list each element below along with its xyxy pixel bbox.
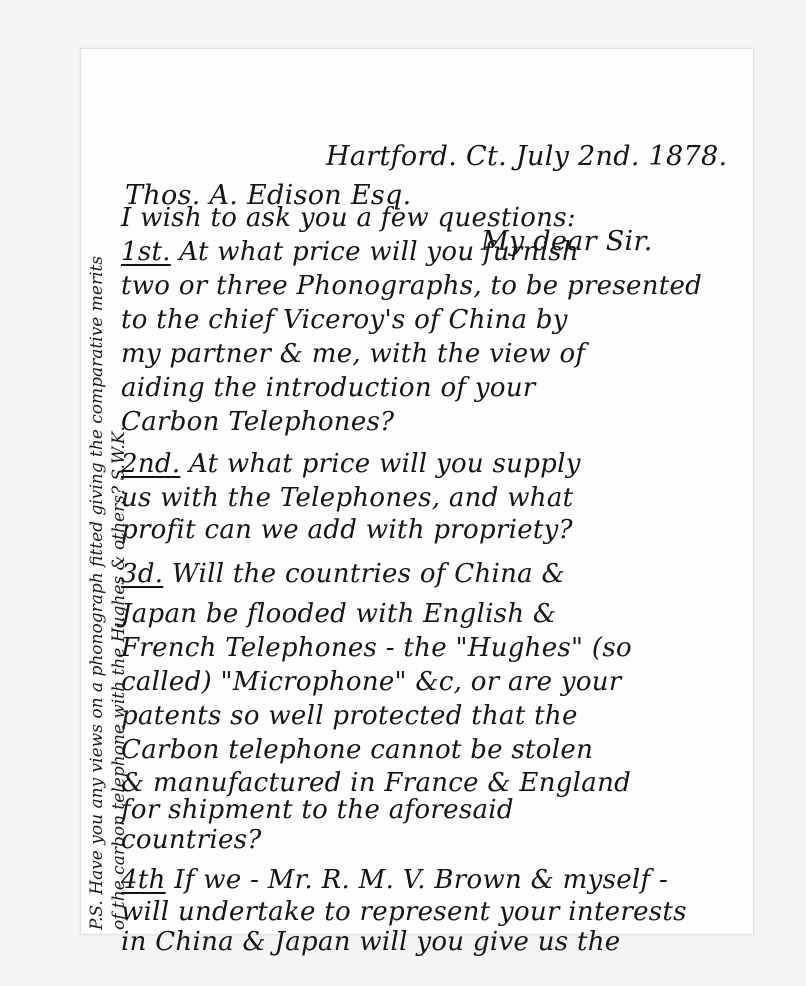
margin-postscript-note: P.S. Have you any views on a phonograph …: [86, 60, 138, 930]
body-line: Carbon telephone cannot be stolen: [121, 735, 593, 765]
body-line: us with the Telephones, and what: [121, 483, 573, 513]
body-line: called) "Microphone" &c, or are your: [121, 667, 622, 697]
body-line-question-3: 3d. Will the countries of China &: [121, 559, 565, 589]
body-line: aiding the introduction of your: [121, 373, 536, 403]
body-line: Japan be flooded with English &: [121, 599, 556, 629]
body-line: will undertake to represent your interes…: [121, 897, 687, 927]
body-line: I wish to ask you a few questions:: [121, 203, 576, 233]
body-line: my partner & me, with the view of: [121, 339, 585, 369]
margin-note-line: of the carbon telephone with the Hughes …: [108, 60, 130, 930]
body-line-question-4: 4th If we - Mr. R. M. V. Brown & myself …: [121, 865, 668, 895]
body-line-question-2: 2nd. At what price will you supply: [121, 449, 581, 479]
body-line: & manufactured in France & England: [121, 768, 631, 798]
body-line: to the chief Viceroy's of China by: [121, 305, 568, 335]
body-line: in China & Japan will you give us the: [121, 927, 620, 957]
letter-page: Hartford. Ct. July 2nd. 1878. Thos. A. E…: [80, 48, 754, 935]
body-line-question-1: 1st. At what price will you furnish: [121, 237, 579, 267]
body-line: Carbon Telephones?: [121, 407, 394, 437]
body-line: countries?: [121, 825, 262, 855]
body-line: for shipment to the aforesaid: [121, 795, 514, 825]
body-line: French Telephones - the "Hughes" (so: [121, 633, 632, 663]
letter-dateline: Hartford. Ct. July 2nd. 1878.: [326, 141, 727, 172]
body-line: two or three Phonographs, to be presente…: [121, 271, 702, 301]
margin-note-line: P.S. Have you any views on a phonograph …: [86, 60, 108, 930]
body-line: profit can we add with propriety?: [121, 515, 573, 545]
body-line: patents so well protected that the: [121, 701, 578, 731]
